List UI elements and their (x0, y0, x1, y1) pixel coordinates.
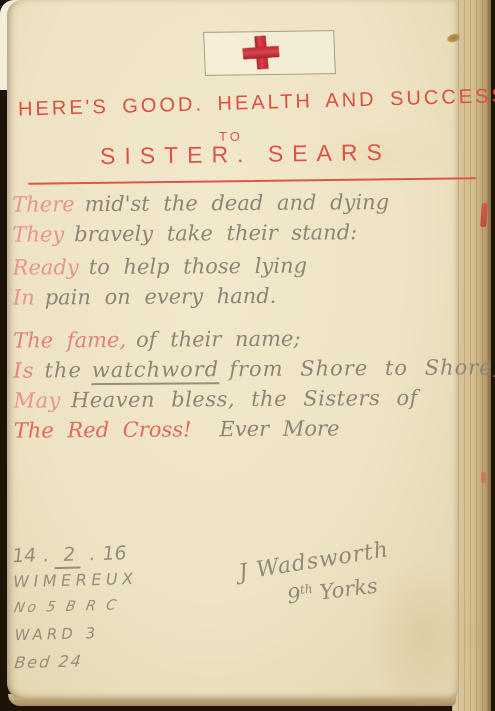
red-edge-mark (481, 472, 486, 483)
poem-line-lead: Ready (13, 255, 79, 279)
poem-line-text: pain on every hand. (45, 284, 277, 310)
inscription-details: 14 . 2 . 16 WIMEREUX No 5 B R C WARD 3 B… (11, 541, 184, 672)
poem-line: May Heaven bless, the Sisters of (13, 385, 483, 418)
poem-line-text: Ever More (219, 416, 339, 441)
poem-line: Is the watchword from Shore to Shore, (13, 355, 483, 388)
poem-line-text: of their name; (136, 327, 301, 352)
date-month: 2 (55, 543, 84, 569)
poem-line-lead: They (12, 222, 64, 246)
date-dot: . (88, 543, 97, 565)
poem-line-text: the (44, 358, 82, 382)
date-year: 16 (101, 542, 128, 565)
poem-line: Ready to help those lying (13, 252, 483, 285)
poem-line-lead: The fame, (13, 328, 126, 353)
poem-line: They bravely take their stand: (12, 219, 482, 252)
poem-line-lead: In (13, 285, 35, 309)
date-day: 14 (11, 545, 38, 568)
poem-line: In pain on every hand. (13, 282, 483, 315)
poem-underlined-word: watchword (92, 357, 220, 385)
poem-line: The fame, of their name; (13, 325, 483, 358)
poem-line: There mid'st the dead and dying (12, 189, 482, 222)
red-cross-horizontal-bar (243, 46, 280, 59)
poem: There mid'st the dead and dying They bra… (12, 189, 484, 448)
poem-line-lead: There (12, 192, 75, 216)
poem-line: The Red Cross! Ever More (14, 415, 484, 448)
regiment-ordinal: th (299, 581, 313, 596)
date-dot: . (42, 544, 51, 566)
red-cross-icon (242, 35, 281, 70)
red-cross-plate (203, 30, 336, 76)
poem-line-lead: May (13, 388, 61, 412)
poem-line-text: Heaven bless, the Sisters of (71, 386, 418, 412)
poem-line-lead: Is (13, 358, 34, 382)
poem-line-text: mid'st the dead and dying (85, 190, 390, 216)
poem-line-text: from Shore to Shore, (229, 355, 495, 381)
poem-line-text: bravely take their stand: (74, 220, 357, 246)
dedication-title-recipient: SISTER. SEARS (100, 139, 391, 170)
autograph-book-scan: HERE'S GOOD. HEALTH AND SUCCESS TO SISTE… (0, 0, 495, 711)
poem-line-lead: The Red Cross! (14, 417, 192, 442)
paper-stain (367, 560, 477, 710)
poem-line-text: to help those lying (89, 254, 307, 280)
